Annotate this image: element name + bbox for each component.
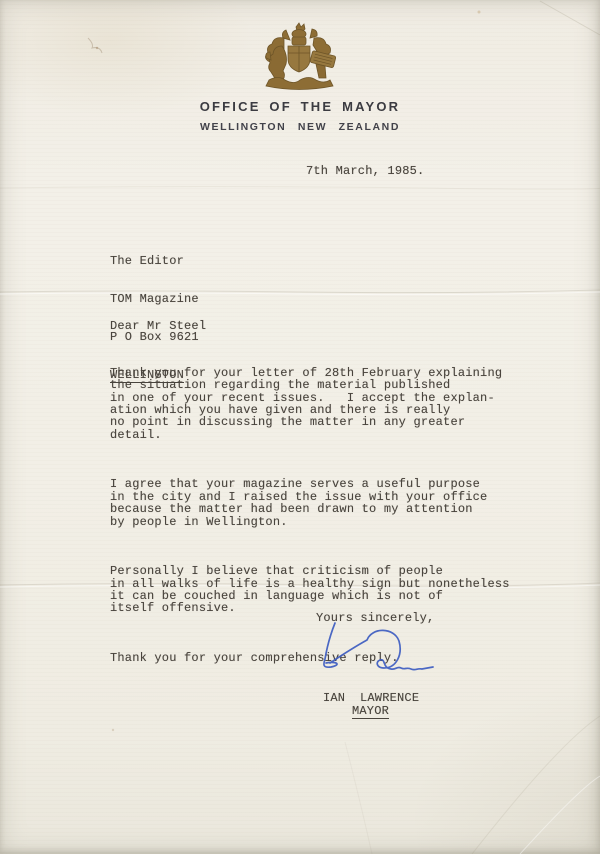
coat-of-arms-crest-icon xyxy=(256,22,344,96)
recipient-name: The Editor xyxy=(110,255,199,268)
paragraph-1: Thank you for your letter of 28th Februa… xyxy=(110,367,522,441)
signatory-name: IAN LAWRENCE xyxy=(323,692,419,704)
scanned-letter-page: OFFICE OF THE MAYOR WELLINGTON NEW ZEALA… xyxy=(0,0,600,854)
recipient-organisation: TOM Magazine xyxy=(110,293,199,306)
letterhead-office-line: OFFICE OF THE MAYOR xyxy=(0,99,600,114)
paragraph-2: I agree that your magazine serves a usef… xyxy=(110,478,522,528)
paragraph-3: Personally I believe that criticism of p… xyxy=(110,565,522,615)
stain-mark xyxy=(88,38,102,53)
fold-line-top xyxy=(0,290,600,293)
signatory-title: MAYOR xyxy=(352,705,389,719)
salutation: Dear Mr Steel xyxy=(110,320,206,332)
signature-ink xyxy=(310,615,440,687)
corner-crease xyxy=(540,1,600,35)
letter-date: 7th March, 1985. xyxy=(306,165,424,177)
letterhead-city-line: WELLINGTON NEW ZEALAND xyxy=(0,121,600,133)
